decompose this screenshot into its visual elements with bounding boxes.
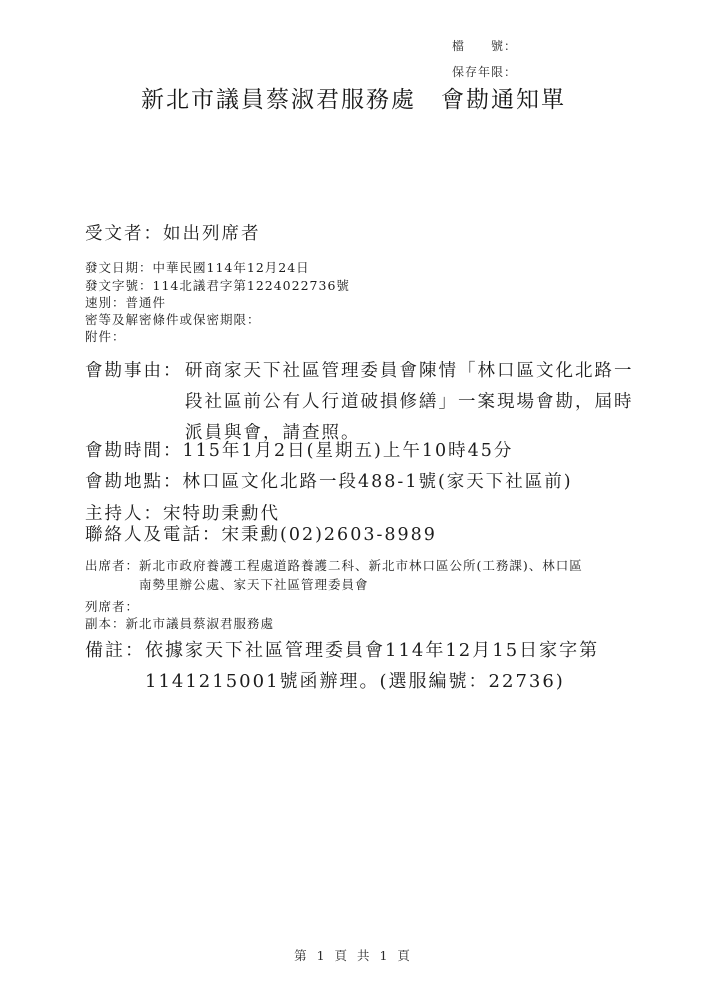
remarks-value: 依據家天下社區管理委員會114年12月15日家字第 1141215001號函辦理… [145,635,599,697]
doc-number-label: 發文字號： [85,278,153,293]
issue-date-label: 發文日期： [85,260,153,275]
inspection-location-line: 會勘地點：林口區文化北路一段488-1號(家天下社區前) [85,468,573,493]
inspection-time-label: 會勘時間： [85,441,183,461]
attendees-label: 出席者： [85,556,139,575]
inspection-time-line: 會勘時間：115年1月2日(星期五)上午10時45分 [85,437,513,462]
cc-label: 副本： [85,616,126,631]
inspection-location-label: 會勘地點： [85,472,183,492]
inspection-time-value: 115年1月2日(星期五)上午10時45分 [183,441,514,461]
remarks-block: 備註： 依據家天下社區管理委員會114年12月15日家字第 1141215001… [85,635,599,697]
security-class-label: 密等及解密條件或保密期限： [85,312,261,327]
priority-line: 速別：普通件 [85,293,166,311]
observers-line: 列席者： [85,597,139,615]
corner-file-info: 檔 號： 保存年限： [452,33,517,85]
priority-label: 速別： [85,295,126,310]
observers-label: 列席者： [85,599,139,614]
inspection-subject-label: 會勘事由： [85,356,185,387]
attendees-value: 新北市政府養護工程處道路養護二科、新北市林口區公所(工務課)、林口區 南勢里辦公… [139,556,583,594]
issue-date-value: 中華民國114年12月24日 [153,260,310,275]
inspection-subject-value: 研商家天下社區管理委員會陳情「林口區文化北路一 段社區前公有人行道破損修繕」一案… [185,356,634,449]
contact-value: 宋秉勳(02)2603-8989 [222,525,437,545]
issue-date-line: 發文日期：中華民國114年12月24日 [85,258,310,276]
recipient-value: 如出列席者 [163,224,261,244]
doc-number-value: 114北議君字第1224022736號 [153,278,350,293]
inspection-location-value: 林口區文化北路一段488-1號(家天下社區前) [183,472,573,492]
contact-label: 聯絡人及電話： [85,525,222,545]
page-title: 新北市議員蔡淑君服務處 會勘通知單 [0,81,707,114]
priority-value: 普通件 [126,295,167,310]
attachment-label: 附件： [85,329,126,344]
security-class-line: 密等及解密條件或保密期限： [85,310,261,328]
contact-line: 聯絡人及電話：宋秉勳(02)2603-8989 [85,521,437,546]
inspection-notice-document: 檔 號： 保存年限： 新北市議員蔡淑君服務處 會勘通知單 受文者：如出列席者 發… [0,0,707,1000]
recipient-line: 受文者：如出列席者 [85,220,261,245]
attachment-line: 附件： [85,327,126,345]
recipient-label: 受文者： [85,224,163,244]
remarks-label: 備註： [85,635,145,666]
cc-line: 副本：新北市議員蔡淑君服務處 [85,614,274,632]
page-number-footer: 第 1 頁 共 1 頁 [0,946,707,964]
file-number-label: 檔 號： [452,33,517,59]
cc-value: 新北市議員蔡淑君服務處 [126,616,275,631]
inspection-subject-block: 會勘事由： 研商家天下社區管理委員會陳情「林口區文化北路一 段社區前公有人行道破… [85,356,634,449]
doc-number-line: 發文字號：114北議君字第1224022736號 [85,276,350,294]
attendees-block: 出席者： 新北市政府養護工程處道路養護二科、新北市林口區公所(工務課)、林口區 … [85,556,583,594]
